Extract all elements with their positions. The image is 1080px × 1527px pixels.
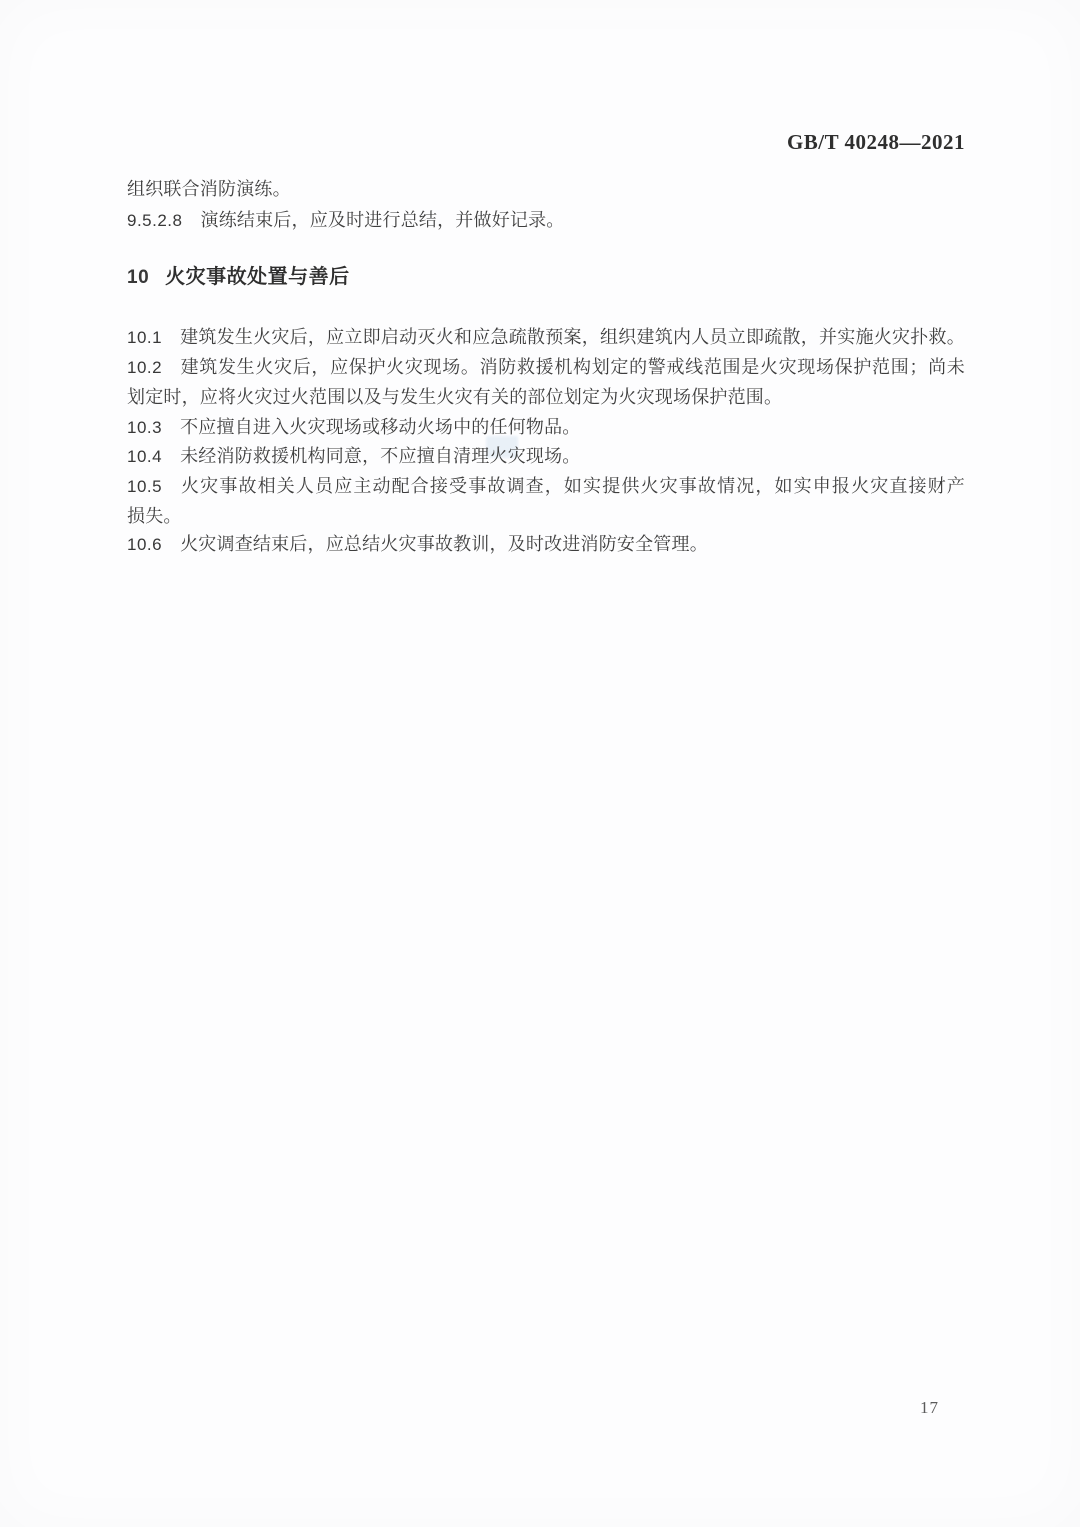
section-number: 10 xyxy=(127,267,149,288)
clause-number: 10.5 xyxy=(127,477,162,496)
clause-10-5-line-1: 10.5火灾事故相关人员应主动配合接受事故调查，如实提供火灾事故情况，如实申报火… xyxy=(127,471,965,501)
clause-text: 未经消防救援机构同意，不应擅自清理火灾现场。 xyxy=(180,446,580,466)
clause-number: 10.4 xyxy=(127,447,162,466)
document-body: 组织联合消防演练。 9.5.2.8演练结束后，应及时进行总结，并做好记录。 10… xyxy=(127,0,965,1527)
clause-text: 演练结束后，应及时进行总结，并做好记录。 xyxy=(201,210,565,230)
clause-10-3: 10.3不应擅自进入火灾现场或移动火场中的任何物品。 xyxy=(127,412,965,442)
clause-10-6: 10.6火灾调查结束后，应总结火灾事故教训，及时改进消防安全管理。 xyxy=(127,529,965,559)
clause-10-2-line-2: 划定时，应将火灾过火范围以及与发生火灾有关的部位划定为火灾现场保护范围。 xyxy=(127,382,965,412)
clause-text: 建筑发生火灾后，应立即启动灭火和应急疏散预案，组织建筑内人员立即疏散，并实施火灾… xyxy=(180,327,965,347)
clause-number: 9.5.2.8 xyxy=(127,211,183,230)
clause-number: 10.1 xyxy=(127,328,162,347)
clause-text: 不应擅自进入火灾现场或移动火场中的任何物品。 xyxy=(180,417,580,437)
clause-text: 火灾事故相关人员应主动配合接受事故调查，如实提供火灾事故情况，如实申报火灾直接财… xyxy=(180,476,965,496)
clause-text: 建筑发生火灾后，应保护火灾现场。消防救援机构划定的警戒线范围是火灾现场保护范围；… xyxy=(180,357,965,377)
clause-text: 火灾调查结束后，应总结火灾事故教训，及时改进消防安全管理。 xyxy=(180,534,708,554)
clause-number: 10.6 xyxy=(127,535,162,554)
clause-number: 10.2 xyxy=(127,358,162,377)
clause-10-5-line-2: 损失。 xyxy=(127,501,965,531)
clause-10-4: 10.4未经消防救援机构同意，不应擅自清理火灾现场。 xyxy=(127,441,965,471)
paragraph-continuation: 组织联合消防演练。 xyxy=(127,174,965,204)
section-title: 火灾事故处置与善后 xyxy=(165,266,350,288)
section-heading: 10火灾事故处置与善后 xyxy=(127,262,965,292)
clause-number: 10.3 xyxy=(127,418,162,437)
clause-9-5-2-8: 9.5.2.8演练结束后，应及时进行总结，并做好记录。 xyxy=(127,205,965,235)
clause-10-2-line-1: 10.2建筑发生火灾后，应保护火灾现场。消防救援机构划定的警戒线范围是火灾现场保… xyxy=(127,352,965,382)
document-page: GB/T 40248—2021 组织联合消防演练。 9.5.2.8演练结束后，应… xyxy=(0,0,1080,1527)
clause-10-1: 10.1建筑发生火灾后，应立即启动灭火和应急疏散预案，组织建筑内人员立即疏散，并… xyxy=(127,322,965,352)
